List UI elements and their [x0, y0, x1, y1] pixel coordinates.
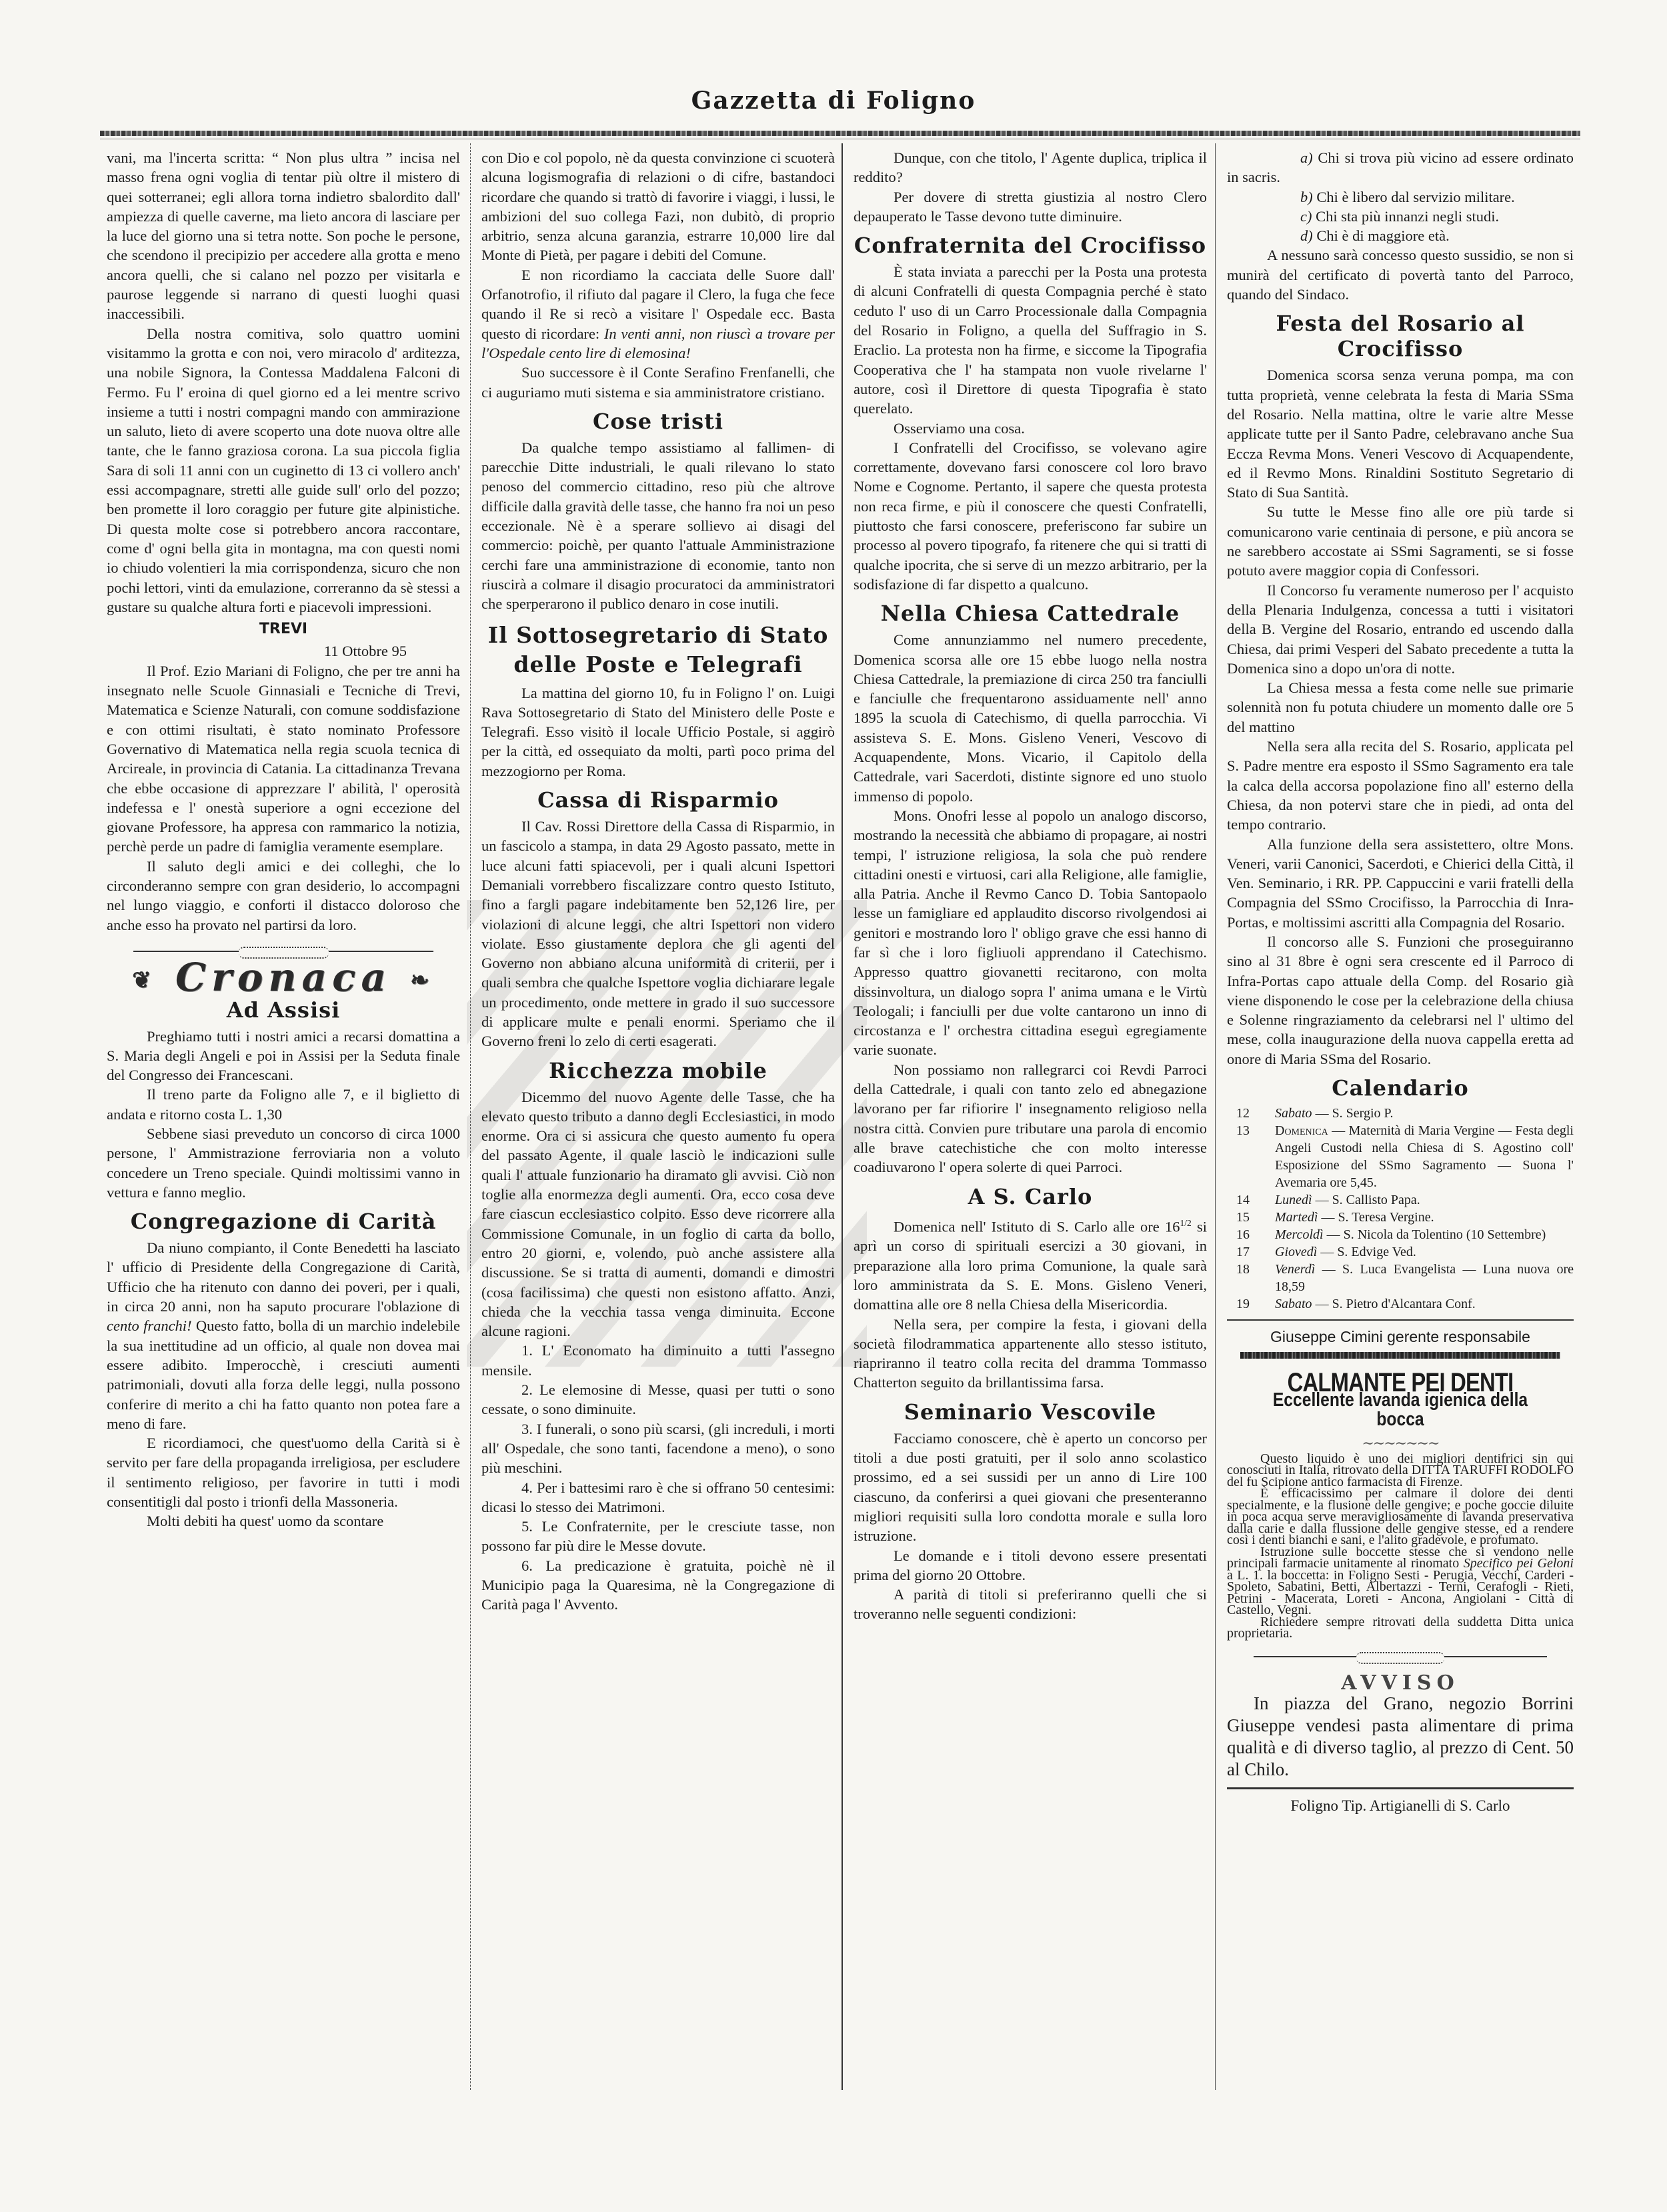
column-4: a) Chi si trova più vicino ad essere ord…: [1227, 148, 1574, 1815]
article-paragraph: con Dio e col popolo, nè da questa convi…: [481, 148, 835, 265]
condition-item: c) Chi sta più innanzi negli studi.: [1227, 207, 1574, 226]
article-paragraph: Facciamo conoscere, chè è aperto un conc…: [854, 1429, 1207, 1546]
responsible-manager: Giuseppe Cimini gerente responsabile: [1227, 1327, 1574, 1347]
avviso-body: In piazza del Grano, negozio Borrini Giu…: [1227, 1693, 1574, 1781]
headline-festa-rosario: Festa del Rosario al Crocifisso: [1227, 311, 1574, 361]
ad-paragraph: È efficacissimo per calmare il dolore de…: [1227, 1488, 1574, 1547]
thick-rule: [1240, 1352, 1560, 1359]
fraction: 1/2: [1180, 1218, 1191, 1228]
ad-paragraph: Richiedere sempre ritrovati della suddet…: [1227, 1617, 1574, 1640]
calendar-row: 15Martedì — S. Teresa Vergine.: [1227, 1209, 1574, 1226]
condition-item: d) Chi è di maggiore età.: [1227, 226, 1574, 245]
article-paragraph: Come annunziammo nel numero precedente, …: [854, 630, 1207, 806]
headline-seminario: Seminario Vescovile: [854, 1399, 1207, 1425]
masthead-title: Gazzetta di Foligno: [0, 87, 1667, 115]
article-paragraph: È stata inviata a parecchi per la Posta …: [854, 262, 1207, 418]
article-paragraph: Il Cav. Rossi Direttore della Cassa di R…: [481, 817, 835, 1051]
article-paragraph: Il Prof. Ezio Mariani di Foligno, che pe…: [107, 661, 460, 857]
ornamental-divider: [133, 947, 433, 956]
headline-s-carlo: A S. Carlo: [854, 1184, 1207, 1209]
avviso-paragraph: In piazza del Grano, negozio Borrini Giu…: [1227, 1693, 1574, 1781]
article-paragraph: Mons. Onofri lesse al popolo un analogo …: [854, 806, 1207, 1060]
cronaca-label: Cronaca: [175, 955, 391, 1000]
divider: [1227, 1787, 1574, 1789]
condition-item: b) Chi è libero dal servizio militare.: [1227, 187, 1574, 207]
calendar-row: 16Mercoldì — S. Nicola da Tolentino (10 …: [1227, 1226, 1574, 1243]
article-paragraph: La mattina del giorno 10, fu in Foligno …: [481, 683, 835, 781]
ad-subtitle: Eccellente lavanda igienica della bocca: [1253, 1391, 1548, 1430]
article-paragraph: A parità di titoli si preferiranno quell…: [854, 1585, 1207, 1624]
calendar-row: 13Domenica — Maternità di Maria Vergine …: [1227, 1122, 1574, 1191]
calendar-list: 12Sabato — S. Sergio P. 13Domenica — Mat…: [1227, 1105, 1574, 1313]
reasons-list: 1. L' Economato ha diminuito a tutti l'a…: [481, 1341, 835, 1614]
ad-body: Questo liquido è uno dei migliori dentif…: [1227, 1453, 1574, 1640]
section-heading-trevi: TREVI: [107, 619, 460, 639]
masthead-rule-thin: [100, 139, 1580, 139]
calendar-row: 18Venerdì — S. Luca Evangelista — Luna n…: [1227, 1261, 1574, 1295]
article-paragraph: E non ricordiamo la cacciata delle Suore…: [481, 265, 835, 363]
article-paragraph: Alla funzione della sera assistettero, o…: [1227, 835, 1574, 932]
ad-paragraph: Istruzione sulle boccette stesse che si …: [1227, 1547, 1574, 1617]
headline-calendario: Calendario: [1227, 1075, 1574, 1101]
column-divider: [470, 143, 471, 2090]
emphasis: cento franchi!: [107, 1317, 192, 1334]
headline-confraternita: Confraternita del Crocifisso: [854, 233, 1207, 258]
list-item: 6. La predicazione è gratuita, poichè nè…: [481, 1556, 835, 1615]
headline-chiesa-cattedrale: Nella Chiesa Cattedrale: [854, 601, 1207, 626]
article-paragraph: Della nostra comitiva, solo quattro uomi…: [107, 324, 460, 617]
column-3: Dunque, con che titolo, l' Agente duplic…: [854, 148, 1207, 1624]
printer-imprint: Foligno Tip. Artigianelli di S. Carlo: [1227, 1796, 1574, 1815]
article-paragraph: vani, ma l'incerta scritta: “ Non plus u…: [107, 148, 460, 324]
column-divider: [842, 143, 843, 2090]
article-paragraph: Domenica nell' Istituto di S. Carlo alle…: [854, 1213, 1207, 1315]
article-paragraph: A nessuno sarà concesso questo sussidio,…: [1227, 245, 1574, 304]
headline-ad-assisi: Ad Assisi: [107, 997, 460, 1023]
article-paragraph: Nella sera alla recita del S. Rosario, a…: [1227, 737, 1574, 834]
article-paragraph: Da qualche tempo assistiamo al fallimen-…: [481, 438, 835, 614]
article-paragraph: Dicemmo del nuovo Agente delle Tasse, ch…: [481, 1087, 835, 1341]
leaf-ornament-icon: ❦: [132, 967, 157, 993]
wavy-ornament-icon: ∼∼∼∼∼∼∼: [1227, 1433, 1574, 1453]
article-paragraph: Suo successore è il Conte Serafino Frenf…: [481, 363, 835, 402]
headline-cose-tristi: Cose tristi: [481, 409, 835, 434]
headline-congregazione: Congregazione di Carità: [107, 1209, 460, 1234]
list-item: 5. Le Confraternite, per le cresciute ta…: [481, 1517, 835, 1556]
article-paragraph: Il Concorso fu veramente numeroso per l'…: [1227, 581, 1574, 678]
article-paragraph: Per dovere di stretta giustizia al nostr…: [854, 187, 1207, 227]
column-divider: [1215, 143, 1216, 2090]
list-item: 1. L' Economato ha diminuito a tutti l'a…: [481, 1341, 835, 1380]
article-paragraph: Sebbene siasi preveduto un concorso di c…: [107, 1124, 460, 1202]
calendar-row: 19Sabato — S. Pietro d'Alcantara Conf.: [1227, 1295, 1574, 1313]
article-paragraph: Molti debiti ha quest' uomo da scontare: [107, 1511, 460, 1531]
condition-item: a) Chi si trova più vicino ad essere ord…: [1227, 148, 1574, 187]
headline-sottosegretario: Il Sottosegretario di Statodelle Poste e…: [481, 621, 835, 679]
calendar-row: 12Sabato — S. Sergio P.: [1227, 1105, 1574, 1122]
article-paragraph: Preghiamo tutti i nostri amici a recarsi…: [107, 1027, 460, 1085]
article-paragraph: I Confratelli del Crocifisso, se volevan…: [854, 438, 1207, 594]
article-paragraph: Le domande e i titoli devono essere pres…: [854, 1546, 1207, 1585]
article-paragraph: Il saluto degli amici e dei colleghi, ch…: [107, 857, 460, 935]
ornamental-divider: [1254, 1652, 1547, 1661]
article-paragraph: Non possiamo non rallegrarci coi Revdi P…: [854, 1060, 1207, 1177]
article-paragraph: Da niuno compianto, il Conte Benedetti h…: [107, 1238, 460, 1433]
list-item: 4. Per i battesimi raro è che si offrano…: [481, 1478, 835, 1517]
calendar-row: 17Giovedì — S. Edvige Ved.: [1227, 1243, 1574, 1261]
leaf-ornament-icon: ❧: [410, 967, 435, 993]
cronaca-banner: ❦ Cronaca ❧: [107, 968, 460, 991]
ad-paragraph: Questo liquido è uno dei migliori dentif…: [1227, 1453, 1574, 1489]
avviso-heading: AVVISO: [1227, 1673, 1574, 1693]
article-paragraph: Domenica scorsa senza veruna pompa, ma c…: [1227, 365, 1574, 502]
list-item: 2. Le elemosine di Messe, quasi per tutt…: [481, 1380, 835, 1419]
list-item: 3. I funerali, o sono più scarsi, (gli i…: [481, 1419, 835, 1478]
headline-ricchezza-mobile: Ricchezza mobile: [481, 1058, 835, 1083]
article-paragraph: Nella sera, per compire la festa, i giov…: [854, 1315, 1207, 1393]
headline-cassa-risparmio: Cassa di Risparmio: [481, 787, 835, 813]
dateline: 11 Ottobre 95: [107, 641, 460, 661]
article-paragraph: Dunque, con che titolo, l' Agente duplic…: [854, 148, 1207, 187]
article-paragraph: La Chiesa messa a festa come nelle sue p…: [1227, 678, 1574, 737]
column-1: vani, ma l'incerta scritta: “ Non plus u…: [107, 148, 460, 1531]
divider: [1227, 1319, 1574, 1321]
column-2: con Dio e col popolo, nè da questa convi…: [481, 148, 835, 1615]
article-paragraph: E ricordiamoci, che quest'uomo della Car…: [107, 1433, 460, 1511]
masthead-rule: [100, 131, 1580, 136]
article-paragraph: Il treno parte da Foligno alle 7, e il b…: [107, 1085, 460, 1124]
calendar-row: 14Lunedì — S. Callisto Papa.: [1227, 1191, 1574, 1209]
article-paragraph: Il concorso alle S. Funzioni che prosegu…: [1227, 932, 1574, 1069]
article-paragraph: Osserviamo una cosa.: [854, 419, 1207, 438]
article-paragraph: Su tutte le Messe fino alle ore più tard…: [1227, 502, 1574, 580]
